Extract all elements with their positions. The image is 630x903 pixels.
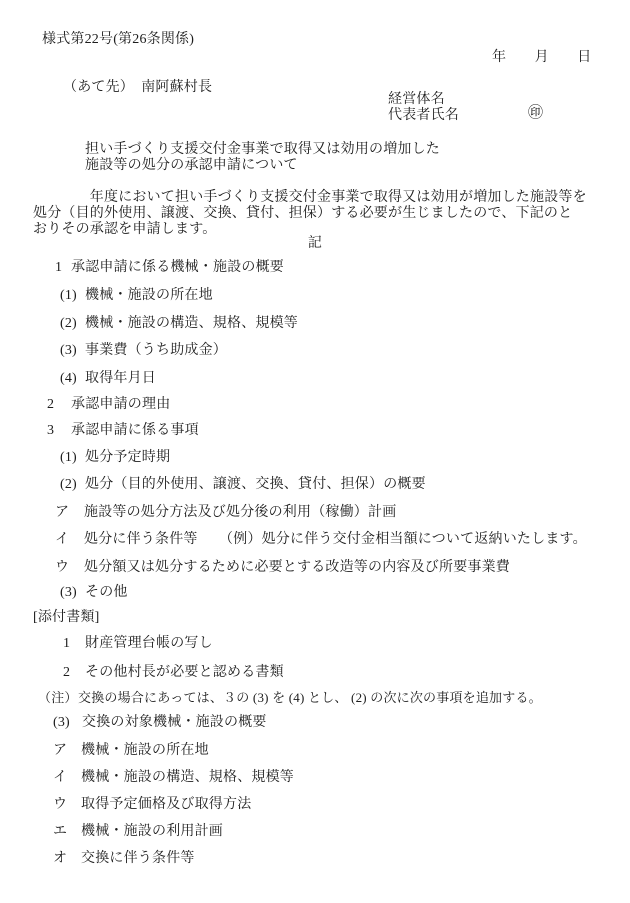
katakana-item-label: ウ [55, 560, 84, 575]
katakana-item: イ処分に伴う条件等 （例）処分に伴う交付金相当額について返納いたします。 [55, 532, 587, 547]
outline-item-text: 承認申請の理由 [71, 397, 170, 412]
katakana-item-text: 処分額又は処分するために必要とする改造等の内容及び所要事業費 [84, 560, 510, 575]
body-paragraph-line-3: おりその承認を申請します。 [33, 222, 216, 237]
outline-subitem-text: 処分（目的外使用、譲渡、交換、貸付、担保）の概要 [85, 477, 426, 492]
katakana-item-label: ア [53, 743, 81, 758]
katakana-item-text: 機械・施設の利用計画 [81, 824, 223, 839]
katakana-item-label: オ [53, 851, 81, 866]
note-subitem: (3)交換の対象機械・施設の概要 [53, 715, 267, 730]
outline-subitem: (2)機械・施設の構造、規格、規模等 [60, 316, 298, 331]
katakana-item-label: ウ [53, 797, 81, 812]
seal-icon: ㊞ [528, 106, 543, 121]
katakana-item-label: エ [53, 824, 81, 839]
outline-item-number: 3 [47, 423, 71, 438]
outline-subitem-number: (4) [60, 371, 85, 386]
katakana-item-text: 取得予定価格及び取得方法 [81, 797, 251, 812]
outline-item-text: 承認申請に係る事項 [71, 423, 199, 438]
note-text: 交換の場合にあっては、３の (3) を (4) とし、 (2) の次に次の事項を… [78, 690, 542, 705]
outline-subitem: (1)処分予定時期 [60, 450, 170, 465]
katakana-item-text: 施設等の処分方法及び処分後の利用（稼働）計画 [84, 505, 396, 520]
katakana-item-label: ア [55, 505, 84, 520]
subject-line-2: 施設等の処分の承認申請について [85, 158, 298, 173]
note-subitem-number: (3) [53, 715, 82, 730]
katakana-item: ウ取得予定価格及び取得方法 [53, 797, 251, 812]
attachment-item-text: その他村長が必要と認める書類 [85, 665, 284, 680]
addressee-line: （あて先） 南阿蘇村長 [63, 80, 212, 95]
outline-subitem-text: 処分予定時期 [85, 450, 170, 465]
katakana-item: イ機械・施設の構造、規格、規模等 [53, 770, 294, 785]
date-line: 年 月 日 [492, 50, 591, 65]
record-marker: 記 [0, 236, 630, 251]
katakana-item-text: 処分に伴う条件等 （例）処分に伴う交付金相当額について返納いたします。 [84, 532, 587, 547]
note-label: （注） [38, 690, 78, 705]
outline-subitem-text: その他 [85, 585, 128, 600]
outline-item-number: 1 [55, 260, 71, 275]
katakana-item-text: 機械・施設の所在地 [81, 743, 209, 758]
attachment-item: 1財産管理台帳の写し [63, 636, 213, 651]
form-number: 様式第22号(第26条関係) [42, 32, 194, 47]
attachment-item: 2その他村長が必要と認める書類 [63, 665, 284, 680]
representative-name-label: 代表者氏名 [388, 108, 459, 123]
outline-subitem-number: (1) [60, 288, 85, 303]
katakana-item: ア施設等の処分方法及び処分後の利用（稼働）計画 [55, 505, 396, 520]
subject-line-1: 担い手づくり支援交付金事業で取得又は効用の増加した [85, 142, 440, 157]
katakana-item-label: イ [55, 532, 84, 547]
outline-subitem-text: 機械・施設の構造、規格、規模等 [85, 316, 298, 331]
outline-subitem-number: (2) [60, 316, 85, 331]
document-page: 様式第22号(第26条関係) 年 月 日 （あて先） 南阿蘇村長 経営体名 代表… [0, 0, 630, 903]
katakana-item: ア機械・施設の所在地 [53, 743, 209, 758]
outline-subitem: (1)機械・施設の所在地 [60, 288, 213, 303]
attachments-heading: [添付書類] [33, 610, 100, 625]
outline-subitem-number: (2) [60, 477, 85, 492]
katakana-item: エ機械・施設の利用計画 [53, 824, 223, 839]
katakana-item: ウ処分額又は処分するために必要とする改造等の内容及び所要事業費 [55, 560, 510, 575]
katakana-item: オ交換に伴う条件等 [53, 851, 195, 866]
outline-subitem: (3)事業費（うち助成金） [60, 343, 227, 358]
attachment-item-number: 1 [63, 636, 85, 651]
outline-item-3: 3承認申請に係る事項 [47, 423, 199, 438]
note-subitem-text: 交換の対象機械・施設の概要 [82, 715, 267, 730]
outline-subitem-number: (3) [60, 343, 85, 358]
body-paragraph-line-1: 年度において担い手づくり支援交付金事業で取得又は効用が増加した施設等を [33, 190, 587, 205]
entity-name-label: 経営体名 [388, 92, 445, 107]
outline-subitem-number: (1) [60, 450, 85, 465]
attachment-item-text: 財産管理台帳の写し [85, 636, 213, 651]
katakana-item-text: 機械・施設の構造、規格、規模等 [81, 770, 294, 785]
outline-subitem-text: 事業費（うち助成金） [85, 343, 227, 358]
katakana-item-label: イ [53, 770, 81, 785]
outline-subitem-text: 取得年月日 [85, 371, 156, 386]
outline-subitem: (2)処分（目的外使用、譲渡、交換、貸付、担保）の概要 [60, 477, 426, 492]
outline-subitem-text: 機械・施設の所在地 [85, 288, 213, 303]
outline-subitem: (4)取得年月日 [60, 371, 156, 386]
attachment-item-number: 2 [63, 665, 85, 680]
outline-subitem-number: (3) [60, 585, 85, 600]
outline-item-text: 承認申請に係る機械・施設の概要 [71, 260, 284, 275]
outline-subitem: (3)その他 [60, 585, 128, 600]
outline-item-number: 2 [47, 397, 71, 412]
note-line: （注）交換の場合にあっては、３の (3) を (4) とし、 (2) の次に次の… [38, 690, 542, 705]
katakana-item-text: 交換に伴う条件等 [81, 851, 195, 866]
outline-item-2: 2承認申請の理由 [47, 397, 170, 412]
body-paragraph-line-2: 処分（目的外使用、譲渡、交換、貸付、担保）する必要が生じましたので、下記のと [33, 206, 572, 221]
outline-item-1: 1承認申請に係る機械・施設の概要 [55, 260, 284, 275]
